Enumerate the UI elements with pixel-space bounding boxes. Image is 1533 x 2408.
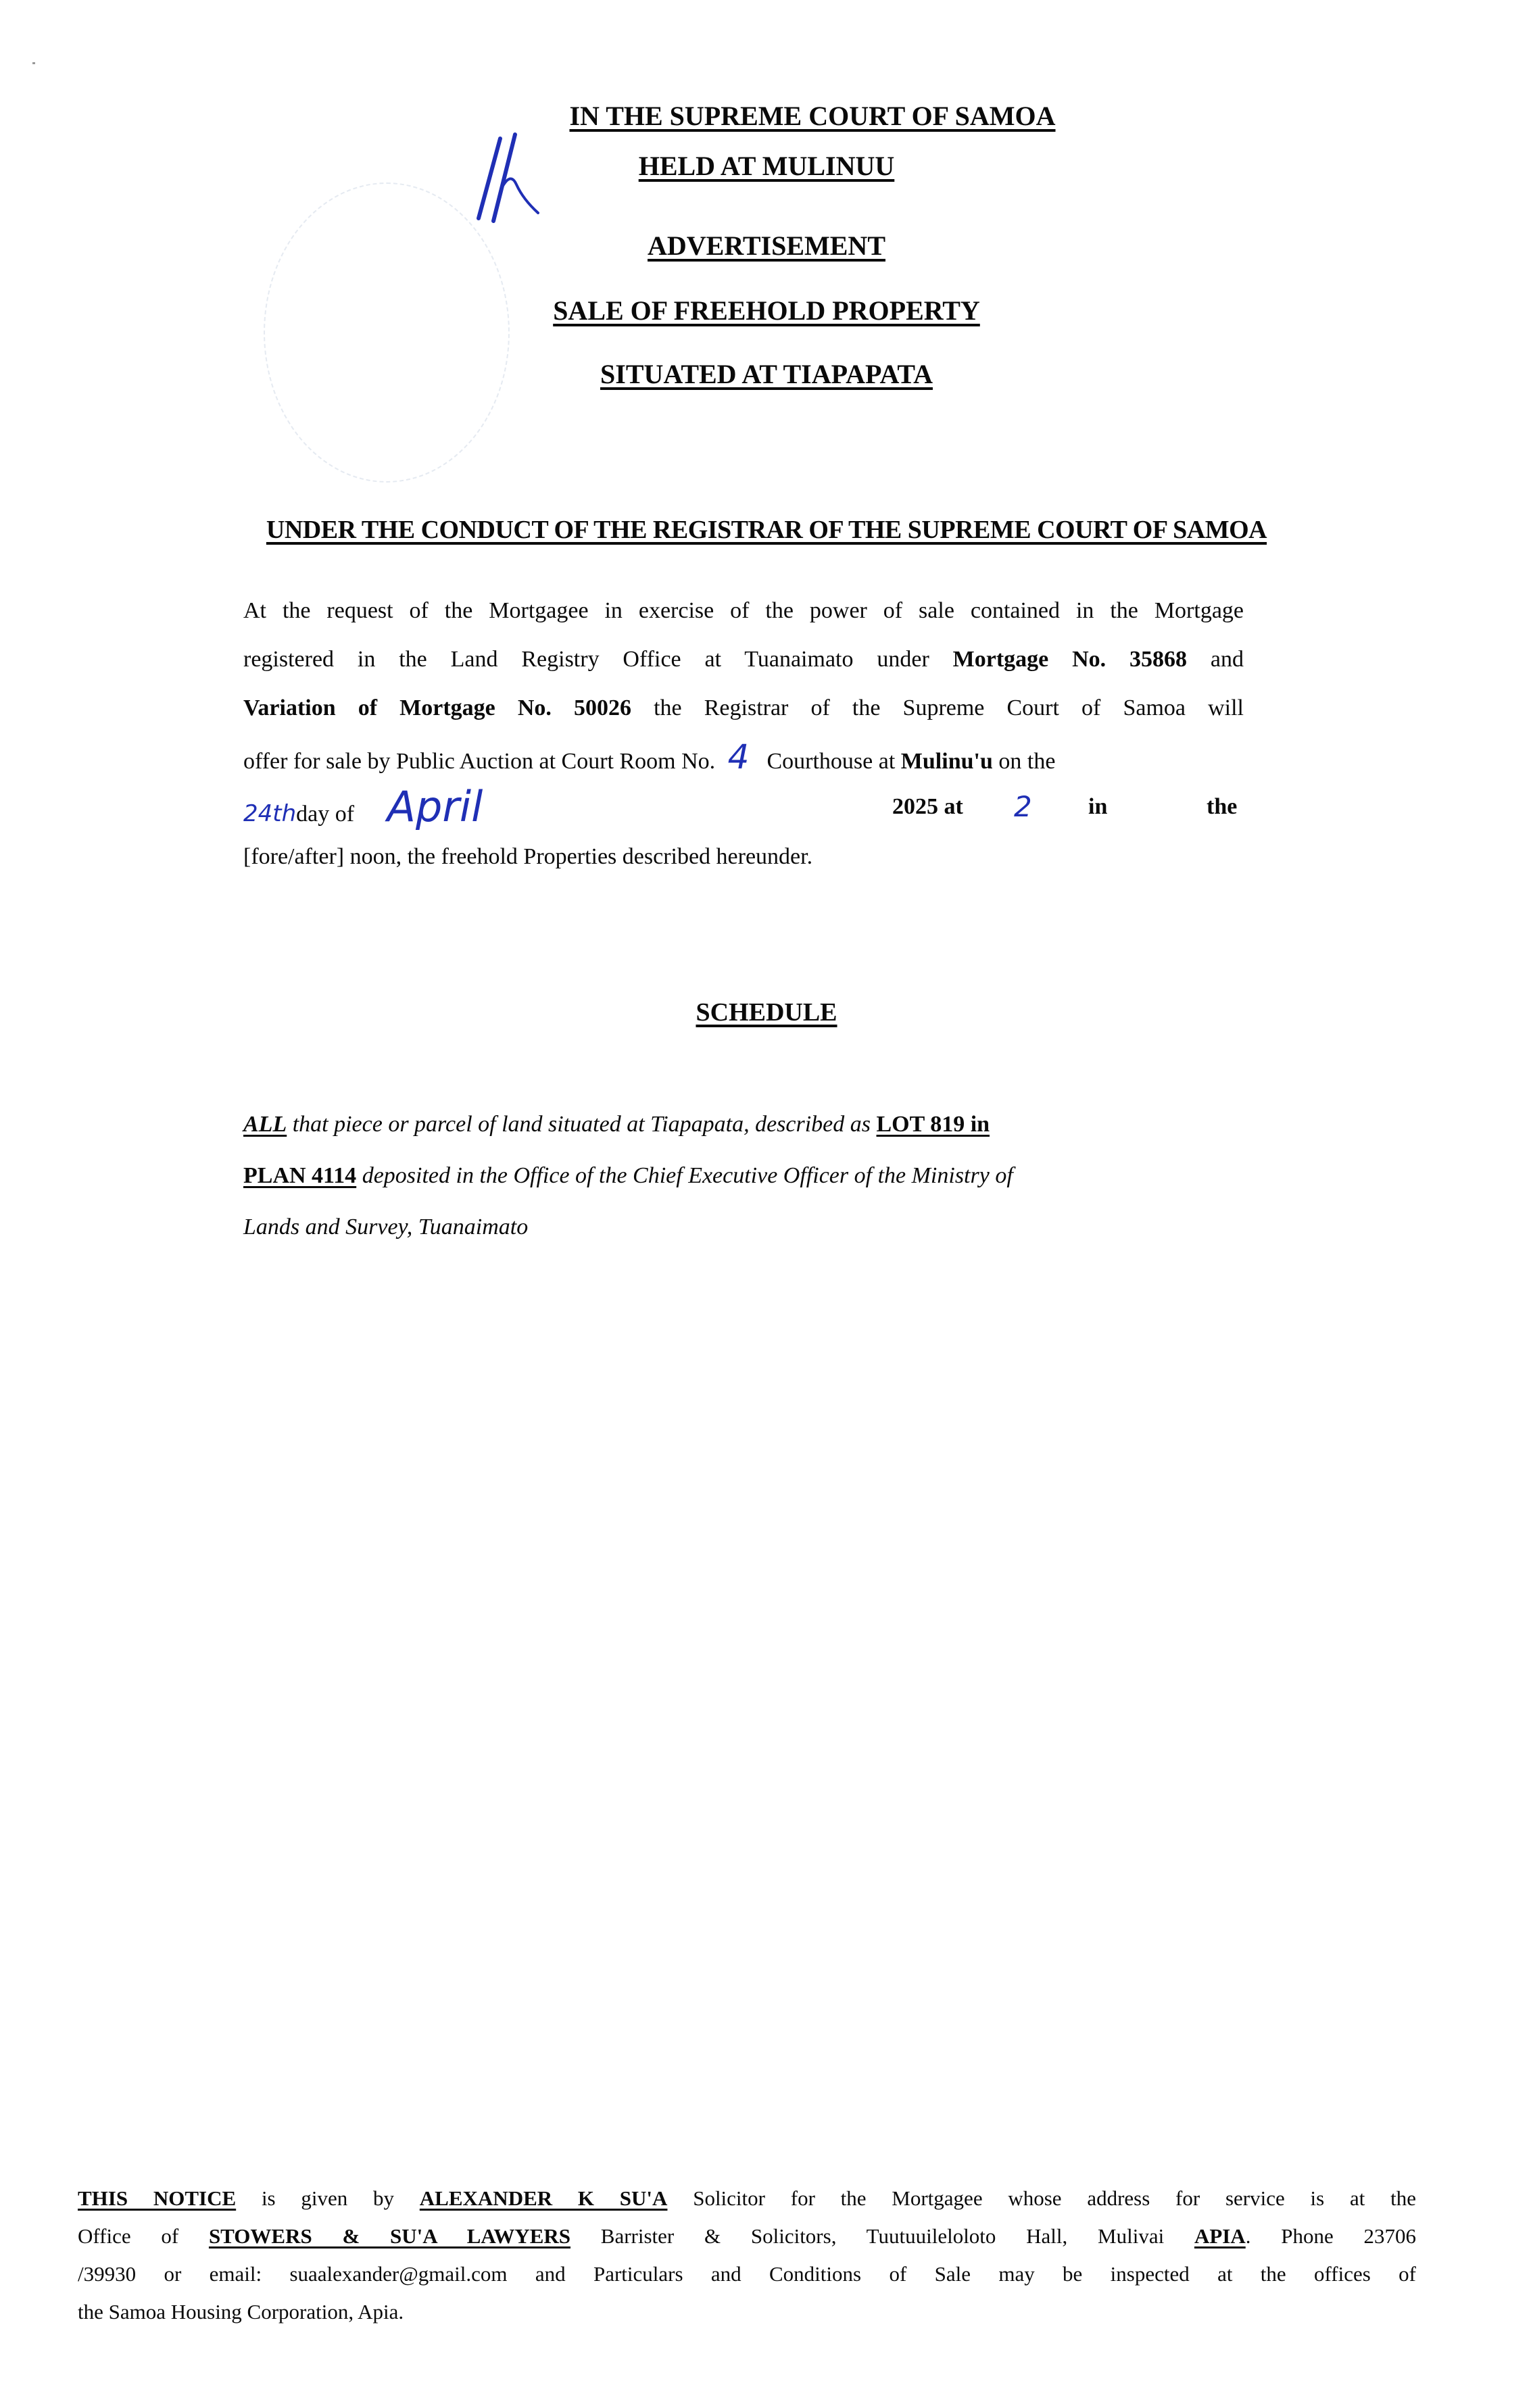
body-line-2: registered in the Land Registry Office a… (243, 643, 1244, 676)
sale-title: SALE OF FREEHOLD PROPERTY (0, 295, 1533, 327)
held-at-title: HELD AT MULINUU (0, 150, 1533, 182)
footer-line-1: THIS NOTICE is given by ALEXANDER K SU'A… (78, 2182, 1416, 2215)
handwritten-time: 2 (1014, 791, 1032, 823)
schedule-line-3: Lands and Survey, Tuanaimato (243, 1211, 1244, 1244)
fore-after-struck: [fore/after] (243, 844, 344, 869)
footer-line-2: Office of STOWERS & SU'A LAWYERS Barrist… (78, 2219, 1416, 2253)
schedule-line-2: PLAN 4114 deposited in the Office of the… (243, 1160, 1244, 1192)
footer-line-4: the Samoa Housing Corporation, Apia. (78, 2295, 1416, 2329)
schedule-title: SCHEDULE (0, 998, 1533, 1027)
body-line-1: At the request of the Mortgagee in exerc… (243, 595, 1244, 627)
handwritten-room-number: 4 (728, 737, 750, 777)
handwritten-month: April (387, 782, 483, 831)
body-line-6: [fore/after] noon, the freehold Properti… (243, 841, 1244, 873)
schedule-line-1: ALL that piece or parcel of land situate… (243, 1108, 1244, 1141)
body-line-4: offer for sale by Public Auction at Cour… (243, 741, 1244, 773)
advertisement-title: ADVERTISEMENT (0, 230, 1533, 262)
conduct-title: UNDER THE CONDUCT OF THE REGISTRAR OF TH… (0, 514, 1533, 546)
body-line-5: 24thday of April 2025 at 2 in the (243, 791, 1244, 823)
handwritten-day: 24th (243, 800, 296, 827)
court-title: IN THE SUPREME COURT OF SAMOA (46, 100, 1533, 132)
footer-line-3: /39930 or email: suaalexander@gmail.com … (78, 2257, 1416, 2291)
faint-court-seal (264, 182, 510, 483)
body-line-3: Variation of Mortgage No. 50026 the Regi… (243, 692, 1244, 724)
location-title: SITUATED AT TIAPAPATA (0, 358, 1533, 391)
document-page: IN THE SUPREME COURT OF SAMOA HELD AT MU… (0, 0, 1533, 2408)
scan-speck (32, 62, 35, 64)
